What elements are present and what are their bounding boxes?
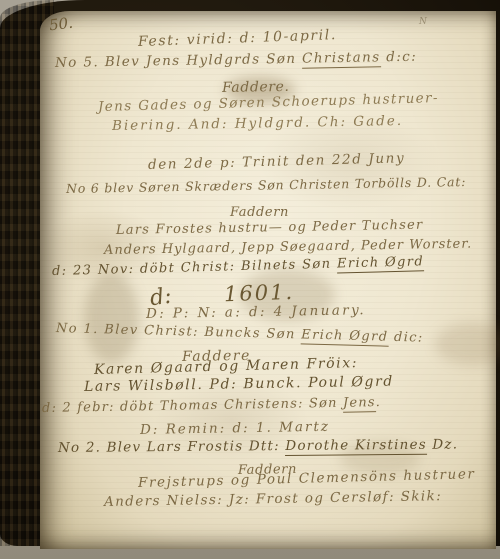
underlined-name: Erich Øgrd	[301, 327, 389, 346]
corner-mark: N	[419, 17, 427, 27]
line-text: D: Remin: d: 1. Martz	[140, 419, 330, 438]
year-heading: 1601.	[224, 280, 295, 306]
underlined-name: Dorothe Kirstines	[285, 437, 427, 456]
line-text: Dz.	[427, 437, 458, 453]
ink-stain	[435, 323, 500, 365]
ink-stain	[84, 273, 139, 363]
line-text: d:c:	[380, 49, 417, 66]
register-line: D: Remin: d: 1. Martz	[140, 419, 330, 438]
line-text: Faddern	[230, 205, 289, 220]
underlined-name: Erich Øgrd	[337, 254, 425, 273]
line-text: dic:	[388, 330, 424, 346]
register-line: Faddern	[230, 205, 289, 220]
line-text: .	[376, 395, 382, 410]
page-number: 50.	[48, 14, 74, 35]
line-text: No 2. Blev Lars Frostis Dtt:	[58, 438, 286, 456]
manuscript-photo: 50. N Fest: virid: d: 10-april. No 5. Bl…	[0, 0, 500, 559]
underlined-name: Christans	[302, 49, 381, 68]
underlined-name: Jens	[343, 395, 376, 413]
register-line: No 2. Blev Lars Frostis Dtt: Dorothe Kir…	[58, 437, 458, 456]
